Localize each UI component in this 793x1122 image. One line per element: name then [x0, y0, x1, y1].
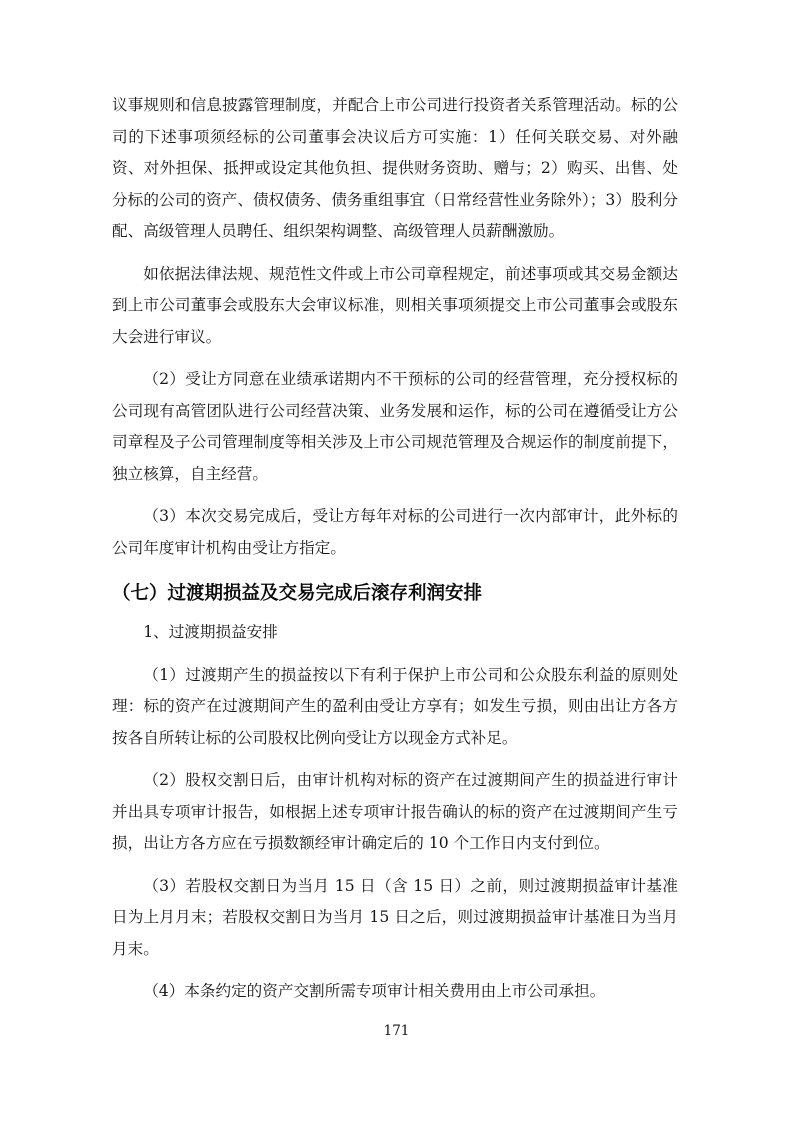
numbered-subheading-1: 1、过渡期损益安排	[112, 617, 678, 649]
document-page: 议事规则和信息披露管理制度，并配合上市公司进行投资者关系管理活动。标的公司的下述…	[0, 0, 793, 1122]
document-body: 议事规则和信息披露管理制度，并配合上市公司进行投资者关系管理活动。标的公司的下述…	[112, 90, 678, 1019]
page-number: 171	[0, 1022, 793, 1040]
body-paragraph-sub-4: （4）本条约定的资产交割所需专项审计相关费用由上市公司承担。	[112, 976, 678, 1008]
body-paragraph-item-3: （3）本次交易完成后，受让方每年对标的公司进行一次内部审计，此外标的公司年度审计…	[112, 501, 678, 564]
body-paragraph-sub-1: （1）过渡期产生的损益按以下有利于保护上市公司和公众股东利益的原则处理：标的资产…	[112, 660, 678, 755]
section-heading-transition-period: （七）过渡期损益及交易完成后滚存利润安排	[112, 578, 678, 610]
body-paragraph-item-2: （2）受让方同意在业绩承诺期内不干预标的公司的经营管理，充分授权标的公司现有高管…	[112, 364, 678, 490]
body-paragraph-continued: 议事规则和信息披露管理制度，并配合上市公司进行投资者关系管理活动。标的公司的下述…	[112, 90, 678, 248]
body-paragraph-review-criteria: 如依据法律法规、规范性文件或上市公司章程规定，前述事项或其交易金额达到上市公司董…	[112, 259, 678, 354]
body-paragraph-sub-3: （3）若股权交割日为当月 15 日（含 15 日）之前，则过渡期损益审计基准日为…	[112, 871, 678, 966]
body-paragraph-sub-2: （2）股权交割日后，由审计机构对标的资产在过渡期间产生的损益进行审计并出具专项审…	[112, 765, 678, 860]
